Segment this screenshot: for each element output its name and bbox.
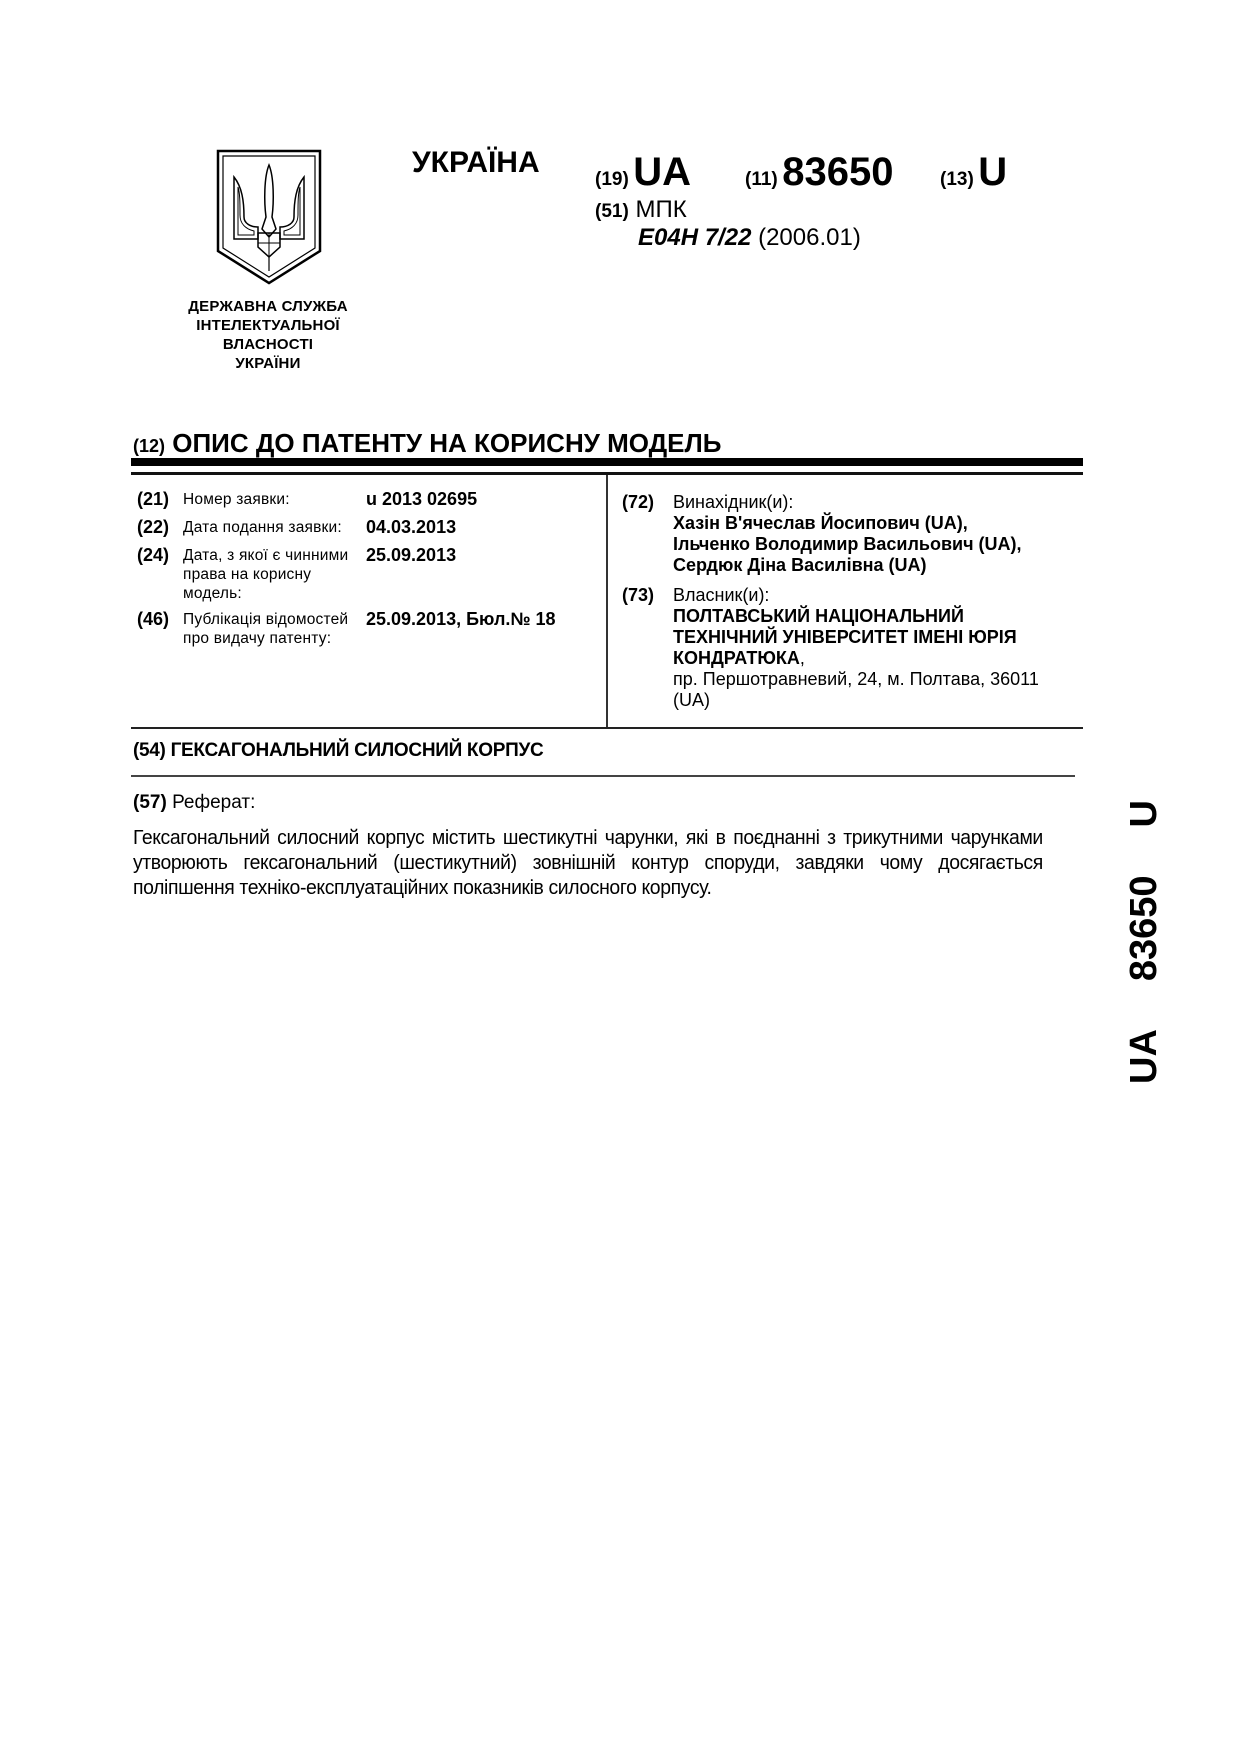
owner-name-last-line: КОНДРАТЮКА, <box>673 648 1083 669</box>
inid-code-13: (13) <box>940 169 974 190</box>
patent-number: (11) 83650 <box>745 150 893 195</box>
kind-code: (13) U <box>940 150 1007 195</box>
agency-line: ІНТЕЛЕКТУАЛЬНОЇ <box>170 316 366 335</box>
abstract-text: Гексагональний силосний корпус містить ш… <box>133 826 1043 901</box>
field-label: Власник(и): <box>673 585 1083 606</box>
side-number: 83650 <box>1127 875 1161 981</box>
inventor-name: Хазін В'ячеслав Йосипович (UA), <box>673 513 1083 534</box>
agency-name: ДЕРЖАВНА СЛУЖБА ІНТЕЛЕКТУАЛЬНОЇ ВЛАСНОСТ… <box>170 297 366 373</box>
divider <box>131 727 1083 729</box>
field-value: 25.09.2013, Бюл.№ 18 <box>366 610 555 629</box>
field-label: Дата, з якої є чинними права на корисну … <box>183 546 363 603</box>
invention-title-text: ГЕКСАГОНАЛЬНИЙ СИЛОСНИЙ КОРПУС <box>171 740 544 761</box>
owner-name-line: КОНДРАТЮКА <box>673 648 800 668</box>
bib-field-72-inventors: (72) Винахідник(и): Хазін В'ячеслав Йоси… <box>622 492 1082 582</box>
column-divider <box>606 475 608 729</box>
document-title: (12) ОПИС ДО ПАТЕНТУ НА КОРИСНУ МОДЕЛЬ <box>133 428 721 459</box>
field-value: 04.03.2013 <box>366 518 456 537</box>
ipc-class: E04H 7/22 <box>638 224 751 251</box>
inid-code: (72) <box>622 492 654 513</box>
kind-code-value: U <box>978 150 1007 194</box>
ipc-heading: (51) МПК <box>595 196 687 224</box>
ipc-label: МПК <box>635 196 686 223</box>
owner-name-suffix: , <box>800 648 805 668</box>
field-value: 25.09.2013 <box>366 546 456 565</box>
owner-address-line: (UA) <box>673 690 1083 711</box>
owner-name-line: ПОЛТАВСЬКИЙ НАЦІОНАЛЬНИЙ <box>673 606 1083 627</box>
trident-coat-of-arms-icon <box>214 147 324 287</box>
side-kind: U <box>1127 800 1161 827</box>
owner-address-line: пр. Першотравневий, 24, м. Полтава, 3601… <box>673 669 1083 690</box>
inid-code-19: (19) <box>595 169 629 190</box>
abstract-label: Реферат: <box>172 792 255 813</box>
inid-code-57: (57) <box>133 792 167 813</box>
inventor-name: Ільченко Володимир Васильович (UA), <box>673 534 1083 555</box>
side-patent-code: UA 83650 U <box>1127 800 1161 1084</box>
inid-code-51: (51) <box>595 201 629 222</box>
ipc-version: (2006.01) <box>758 224 861 251</box>
bib-field-73-owners: (73) Власник(и): ПОЛТАВСЬКИЙ НАЦІОНАЛЬНИ… <box>622 585 1082 720</box>
inid-code: (46) <box>137 610 169 629</box>
abstract-heading: (57) Реферат: <box>133 792 255 814</box>
inid-code: (21) <box>137 490 169 509</box>
divider-thick <box>131 458 1083 466</box>
patent-number-value: 83650 <box>782 150 893 194</box>
field-label: Дата подання заявки: <box>183 518 363 537</box>
inid-code: (24) <box>137 546 169 565</box>
bib-field-22: (22) Дата подання заявки: 04.03.2013 <box>137 518 597 540</box>
field-label: Номер заявки: <box>183 490 363 509</box>
bib-field-24: (24) Дата, з якої є чинними права на кор… <box>137 546 597 606</box>
field-label: Винахідник(и): <box>673 492 1083 513</box>
document-title-text: ОПИС ДО ПАТЕНТУ НА КОРИСНУ МОДЕЛЬ <box>172 428 721 458</box>
bib-field-46: (46) Публікація відомостей про видачу па… <box>137 610 597 652</box>
country-name: УКРАЇНА <box>412 146 540 180</box>
inventor-name: Сердюк Діна Василівна (UA) <box>673 555 1083 576</box>
field-value: u 2013 02695 <box>366 490 477 509</box>
side-country: UA <box>1127 1029 1161 1084</box>
owner-name-line: ТЕХНІЧНИЙ УНІВЕРСИТЕТ ІМЕНІ ЮРІЯ <box>673 627 1083 648</box>
agency-line: ДЕРЖАВНА СЛУЖБА <box>170 297 366 316</box>
invention-title: (54) ГЕКСАГОНАЛЬНИЙ СИЛОСНИЙ КОРПУС <box>133 740 543 762</box>
inid-code-54: (54) <box>133 740 166 761</box>
country-code: (19) UA <box>595 150 691 195</box>
inid-code: (73) <box>622 585 654 606</box>
bib-field-21: (21) Номер заявки: u 2013 02695 <box>137 490 597 512</box>
agency-line: ВЛАСНОСТІ <box>170 335 366 354</box>
inid-code-12: (12) <box>133 436 165 456</box>
ipc-classification: E04H 7/22 (2006.01) <box>638 224 861 252</box>
country-code-value: UA <box>633 150 691 194</box>
divider <box>131 775 1075 777</box>
agency-line: УКРАЇНИ <box>170 354 366 373</box>
inid-code-11: (11) <box>745 169 778 190</box>
inid-code: (22) <box>137 518 169 537</box>
field-label: Публікація відомостей про видачу патенту… <box>183 610 367 648</box>
